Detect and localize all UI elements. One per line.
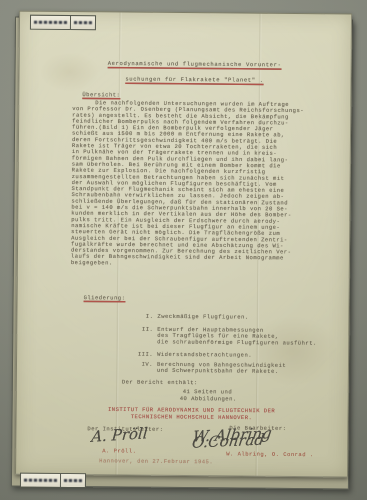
- outline-item-number: III.: [17, 351, 153, 358]
- outline-item-number: IV.: [17, 361, 153, 374]
- outline-item-text: Entwurf der Hauptabmessungen des Tragflü…: [157, 327, 317, 347]
- tab-label-illegible: [61, 474, 85, 487]
- typewritten-content: Aerodynamische und flugmechanische Vorun…: [16, 12, 351, 477]
- tab-label-illegible: [21, 474, 61, 487]
- handwriting-mark: [64, 479, 82, 482]
- section-heading-gliederung: Gliederung:: [84, 295, 126, 302]
- outline-item-text: Zweckmäßige Flugfiguren.: [157, 314, 248, 321]
- scanned-document-photo: Aerodynamische und flugmechanische Vorun…: [0, 0, 367, 500]
- report-page: Aerodynamische und flugmechanische Vorun…: [15, 11, 352, 478]
- outline-item-number: II.: [17, 326, 153, 346]
- paper-stack: Aerodynamische und flugmechanische Vorun…: [0, 0, 367, 500]
- handwritten-signature-albring-conrad: W. Albring O.Conrad: [192, 427, 348, 446]
- outline-item-text: Widerstandsbetrachtungen.: [157, 352, 252, 359]
- overview-paragraph: Die nachfolgenden Untersuchungen wurden …: [71, 100, 315, 268]
- outline-item-number: I.: [17, 313, 153, 320]
- tab-label-illegible: [31, 16, 71, 29]
- handwriting-mark: [34, 21, 67, 24]
- report-pages-count: 41 Seiten und: [183, 389, 232, 396]
- outline-item-1: I. Zweckmäßige Flugfiguren.: [17, 313, 248, 321]
- outline-item-4: IV. Berechnung von Bahngeschwindigkeit u…: [17, 361, 286, 376]
- report-contents-label: Der Bericht enthält:: [122, 379, 198, 386]
- outline-item-2: II. Entwurf der Hauptabmessungen des Tra…: [17, 326, 317, 347]
- archive-index-tab-bottom: [20, 473, 86, 489]
- typed-name-albring-conrad: W. Albring, O. Conrad .: [226, 451, 313, 458]
- institute-name: INSTITUT FÜR AERODYNAMIK UND FLUGTECHNIK…: [32, 406, 352, 423]
- outline-item-text: Berechnung von Bahngeschwindigkeit und S…: [157, 362, 286, 375]
- tab-label-illegible: [71, 16, 95, 29]
- handwriting-mark: [74, 21, 92, 24]
- handwriting-mark: [24, 479, 57, 482]
- handwritten-signature-proell: A. Pröll: [91, 431, 148, 441]
- archive-index-tab-top: [30, 15, 96, 31]
- dateline: Hannover, den 27.Februar 1945.: [99, 458, 213, 465]
- section-heading-uebersicht: Übersicht:: [82, 92, 120, 98]
- outline-item-3: III. Widerstandsbetrachtungen.: [17, 351, 252, 359]
- report-title: Aerodynamische und flugmechanische Vorun…: [19, 56, 367, 90]
- report-figures-count: 40 Abbildungen.: [180, 396, 237, 403]
- typed-name-proell: A. Pröll.: [102, 448, 136, 454]
